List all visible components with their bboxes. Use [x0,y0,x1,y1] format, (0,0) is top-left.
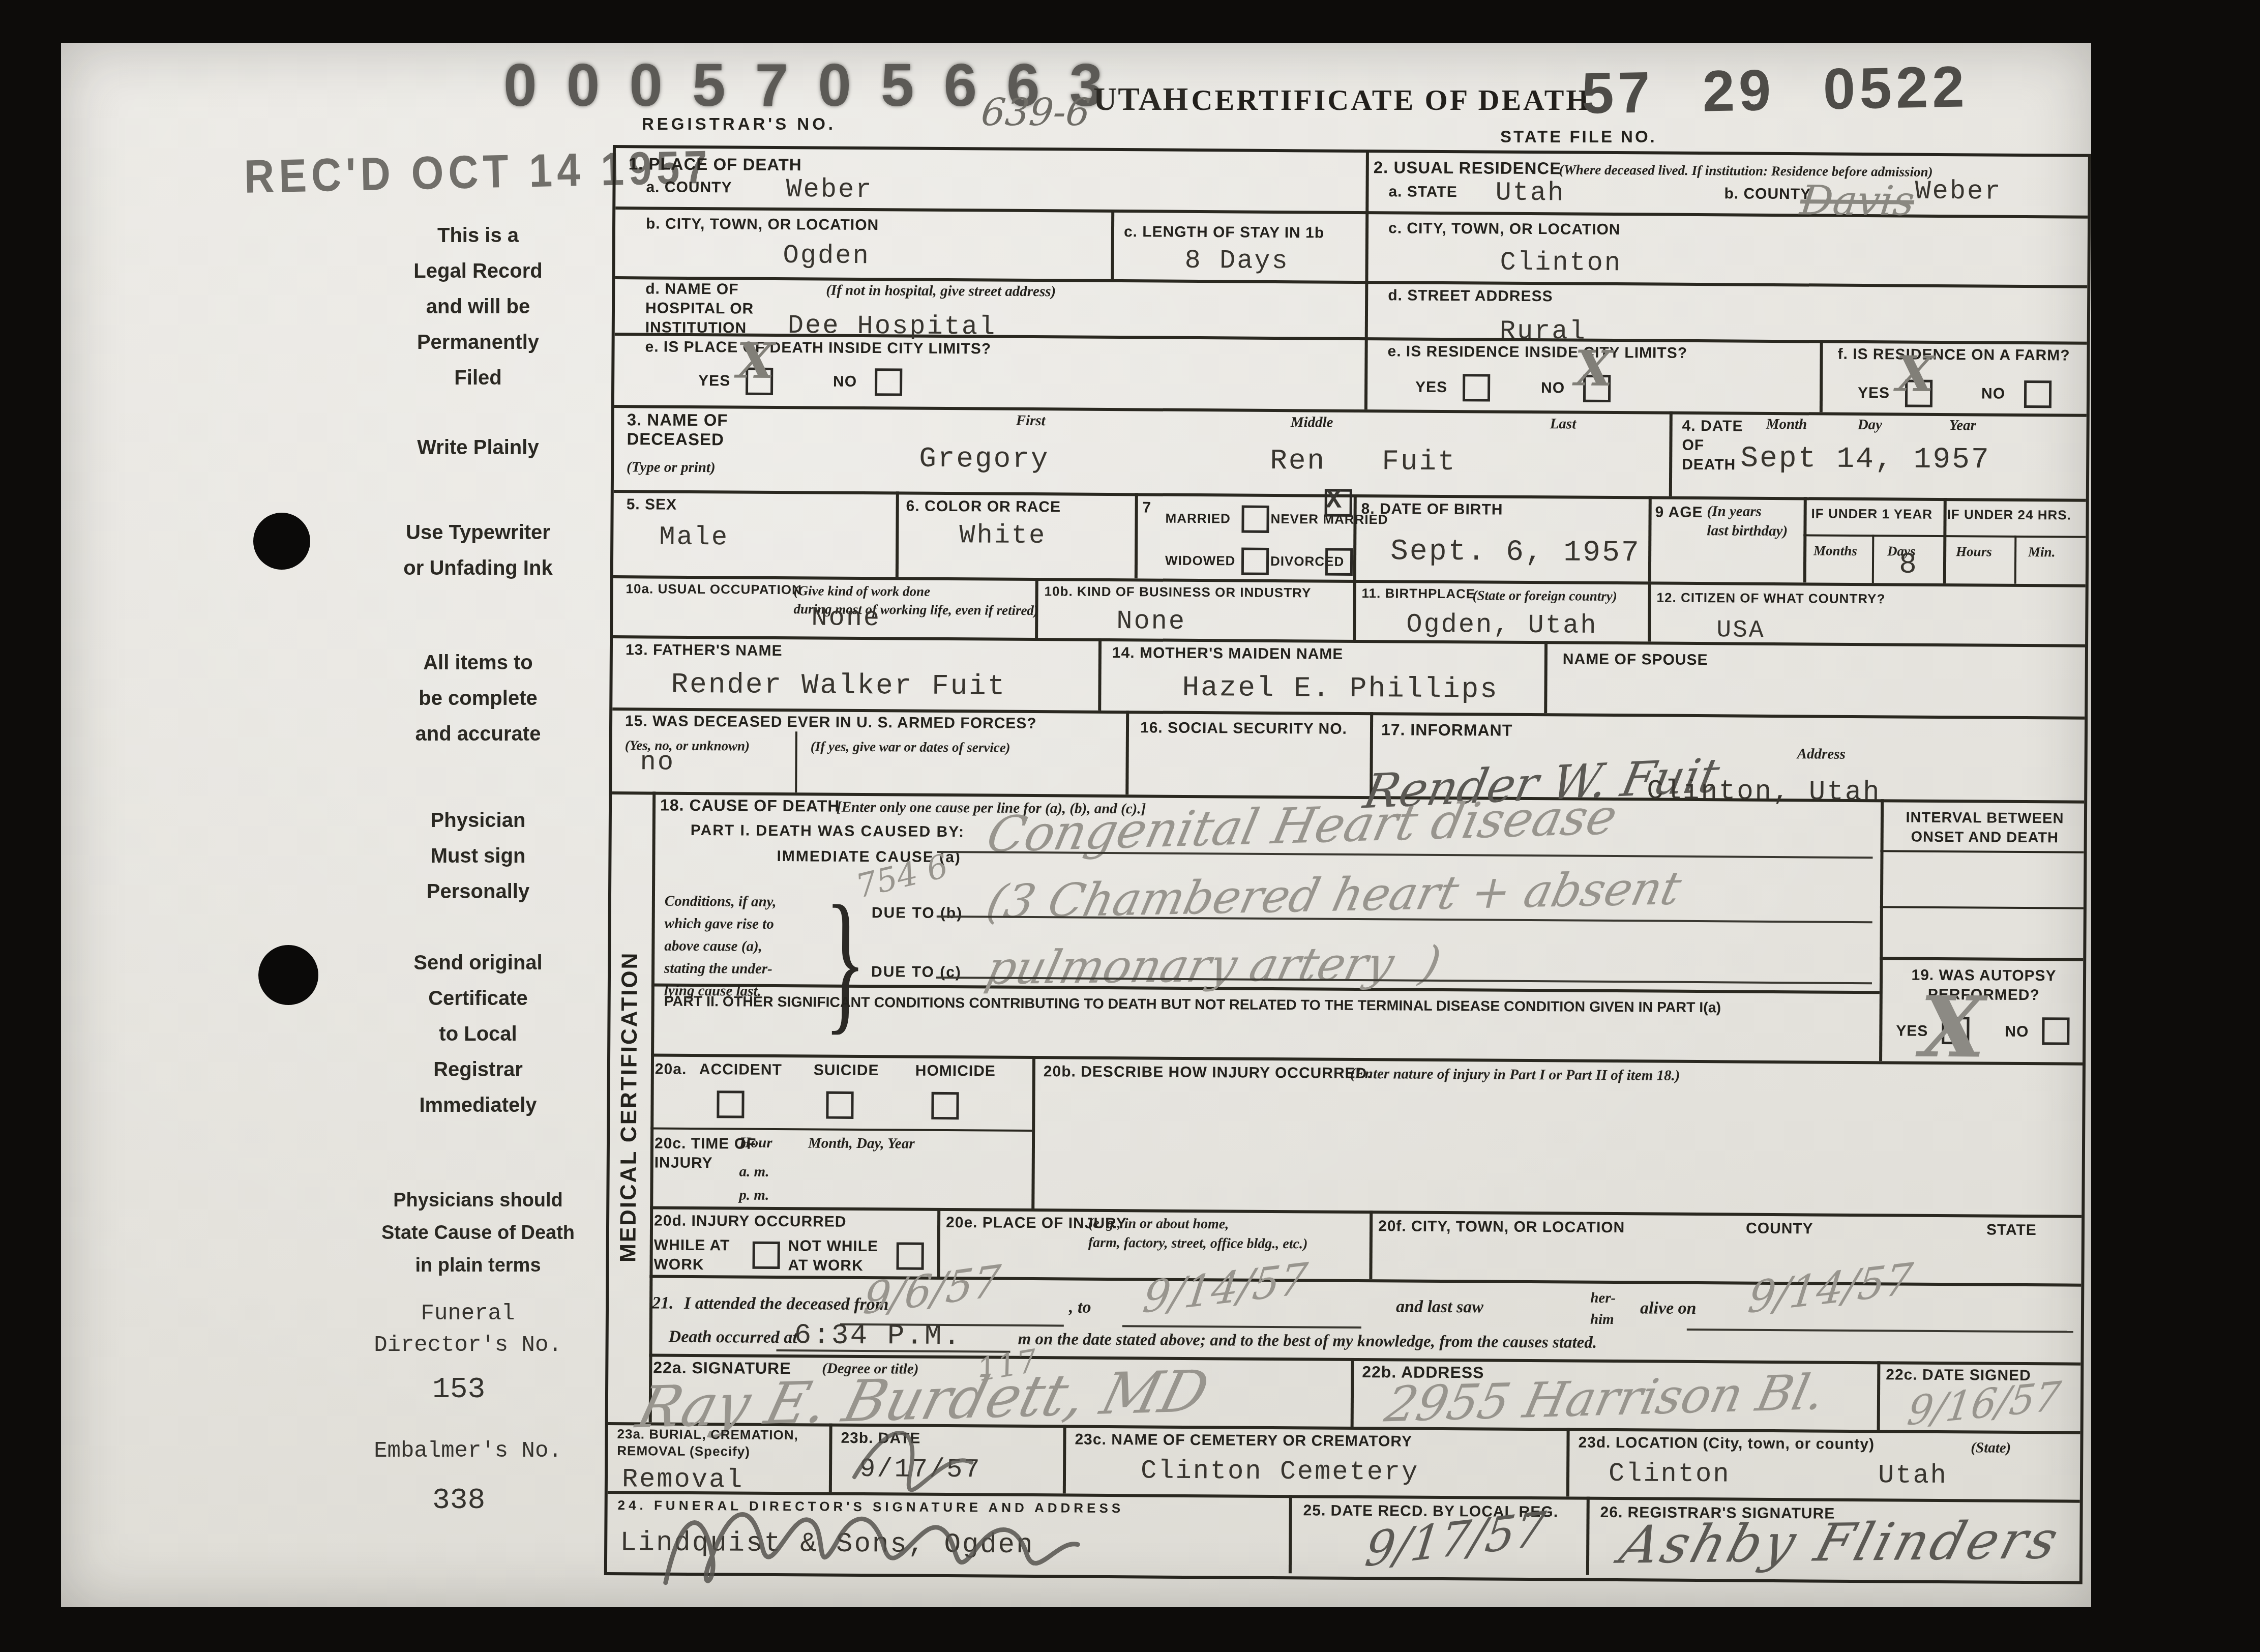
page-title: UTAH CERTIFICATE OF DEATH [1093,80,1591,118]
part2-label: PART II. OTHER SIGNIFICANT CONDITIONS CO… [664,992,1721,1018]
accident-item-number: 20a. [655,1060,687,1079]
type-or-print-note: (Type or print) [627,457,716,477]
place-of-injury-note: (e. g., in or about home, farm, factory,… [1088,1214,1308,1254]
death-city-limits-yes-label: YES [698,371,730,391]
widowed-label: WIDOWED [1165,552,1236,570]
residence-farm-yes-mark: X [1896,345,1934,402]
due-to-b-label: DUE TO (b) [872,903,963,923]
hole-punch-top [253,513,310,570]
embalmer-no-label: Embalmer's No. [325,1438,610,1464]
months-label: Months [1813,541,1857,560]
due-to-c-label: DUE TO (c) [871,962,962,982]
attended-to-line [1122,1325,1361,1329]
married-checkbox [1241,506,1269,533]
armed-forces-label: 15. WAS DECEASED EVER IN U. S. ARMED FOR… [625,712,1037,733]
cause-of-death-title: 18. CAUSE OF DEATH [660,795,840,816]
birthplace-note: (State or foreign country) [1473,585,1617,606]
citizen-label: 12. CITIZEN OF WHAT COUNTRY? [1657,589,1886,608]
county-label: a. COUNTY [646,178,732,197]
city-label: b. CITY, TOWN, OR LOCATION [646,214,879,235]
marital-item-number: 7 [1143,498,1152,517]
never-married-mark: X [1326,486,1342,516]
residence-city-limits-label: e. IS RESIDENCE INSIDE CITY LIMITS? [1387,342,1687,363]
informant-label: 17. INFORMANT [1381,720,1513,740]
margin-note-physician-sign: Physician Must sign Personally [336,803,620,909]
minutes-label: Min. [2028,542,2056,562]
death-time-value: 6:34 P.M. [794,1319,962,1352]
last-name-value: Fuit [1382,445,1456,478]
armed-forces-note2: (If yes, give war or dates of service) [811,736,1010,757]
last-alive-date: 9/14/57 [1745,1253,1916,1323]
funeral-director-no-value: 153 [432,1373,485,1406]
age-label: 9 AGE [1655,503,1703,523]
suicide-label: SUICIDE [814,1060,879,1080]
residence-farm-no-checkbox [2024,380,2051,408]
describe-injury-note: (Enter nature of injury in Part I or Par… [1350,1064,1680,1085]
state-file-number-stamp: 57 29 0522 [1581,53,1969,127]
injury-county-label: COUNTY [1746,1219,1813,1239]
residence-city-label: c. CITY, TOWN, OR LOCATION [1388,219,1621,240]
residence-county-label: b. COUNTY [1724,184,1811,204]
spouse-name-label: NAME OF SPOUSE [1563,650,1708,670]
residence-farm-label: f. IS RESIDENCE ON A FARM? [1837,345,2070,366]
medical-certification-label: MEDICAL CERTIFICATION [616,951,643,1262]
mother-name-label: 14. MOTHER'S MAIDEN NAME [1112,643,1344,664]
part1-label: PART I. DEATH WAS CAUSED BY: [691,821,965,842]
divorced-checkbox [1325,548,1353,576]
attended-from-date: 9/6/57 [861,1255,1003,1324]
attended-to-date: 9/14/57 [1140,1253,1311,1323]
margin-note-send-original: Send original Certificate to Local Regis… [336,945,620,1123]
cemetery-city-value: Clinton [1609,1459,1731,1489]
hospital-note: (If not in hospital, give street address… [826,281,1056,302]
autopsy-no-checkbox [2042,1017,2069,1045]
color-race-value: White [959,520,1046,551]
residence-farm-yes-label: YES [1858,383,1890,403]
death-occurred-text: Death occurred at [669,1327,797,1348]
margin-note-plain-terms: Physicians should State Cause of Death i… [336,1184,620,1282]
father-name-label: 13. FATHER'S NAME [626,640,783,661]
name-of-deceased-title: 3. NAME OF DECEASED [627,410,728,449]
middle-name-value: Ren [1270,445,1326,478]
occupation-label: 10a. USUAL OCCUPATION [626,580,802,598]
death-city-limits-no-checkbox [875,368,902,396]
street-address-label: d. STREET ADDRESS [1388,286,1553,306]
color-race-label: 6. COLOR OR RACE [906,497,1061,517]
medical-certification-sideband: MEDICAL CERTIFICATION [602,791,657,1423]
homicide-checkbox [931,1092,959,1119]
registrar-no-value: 639-6 [979,91,1092,134]
occupation-value: None [811,603,881,633]
informant-address-label: Address [1797,744,1846,764]
residence-city-limits-no-mark: X [1574,340,1613,397]
not-while-at-work-label: NOT WHILE AT WORK [788,1236,878,1276]
business-value: None [1116,606,1186,637]
accident-label: ACCIDENT [699,1060,782,1080]
residence-city-limits-yes-label: YES [1415,378,1447,397]
birthplace-value: Ogden, Utah [1406,610,1598,641]
length-of-stay-value: 8 Days [1184,246,1289,276]
scanned-death-certificate: 0005705663 REGISTRAR'S NO. 639-6 UTAH CE… [0,0,2260,1652]
month-day-year-label: Month, Day, Year [808,1133,915,1153]
death-city-limits-label: e. IS PLACE OF DEATH INSIDE CITY LIMITS? [645,337,991,359]
suicide-checkbox [826,1091,853,1119]
residence-county-handwritten: Davis [1798,176,1917,224]
hospital-label: d. NAME OF HOSPITAL OR INSTITUTION [645,279,754,338]
last-alive-line [1687,1329,2073,1333]
while-at-work-label: WHILE AT WORK [653,1236,730,1275]
first-name-value: Gregory [919,442,1050,476]
month-label: Month [1766,415,1807,434]
widowed-checkbox [1241,548,1269,575]
mother-name-value: Hazel E. Phillips [1182,671,1499,706]
age-days-value: 8 [1899,548,1918,581]
margin-note-use-typewriter: Use Typewriter or Unfading Ink [336,515,620,586]
citizen-value: USA [1716,616,1765,644]
certificate-form: MEDICAL CERTIFICATION 1. PLACE OF DEATH … [604,145,2091,1584]
injury-city-label: 20f. CITY, TOWN, OR LOCATION [1378,1217,1625,1237]
while-at-work-checkbox [753,1242,780,1269]
armed-forces-value: no [640,747,675,777]
describe-injury-label: 20b. DESCRIBE HOW INJURY OCCURRED. [1044,1062,1372,1083]
accident-checkbox [717,1090,744,1118]
residence-farm-no-label: NO [1981,384,2005,403]
margin-note-legal-record: This is a Legal Record and will be Perma… [336,218,620,396]
under-1-year-label: IF UNDER 1 YEAR [1811,505,1933,522]
injury-occurred-label: 20d. INJURY OCCURRED [654,1212,847,1232]
residence-city-limits-no-label: NO [1541,378,1565,398]
place-of-death-title: 1. PLACE OF DEATH [629,154,802,174]
hour-label: Hour [739,1133,772,1153]
usual-residence-title: 2. USUAL RESIDENCE [1374,158,1562,178]
date-of-birth-value: Sept. 6, 1957 [1390,535,1641,570]
autopsy-yes-mark: X [1920,978,1985,1077]
residence-city-value: Clinton [1500,248,1622,278]
residence-county-value: Weber [1915,176,2002,207]
page-title-main: CERTIFICATE OF DEATH [1192,83,1591,116]
cause-c-handwritten: pulmonary artery ) [981,936,1446,995]
informant-residence-value: Clinton, Utah [1647,776,1881,808]
county-value: Weber [786,174,873,205]
cemetery-state-note: (State) [1971,1438,2011,1457]
under-24-hrs-label: IF UNDER 24 HRS. [1947,506,2071,523]
age-note: (In years last birthday) [1707,501,1788,541]
registrar-no-label: REGISTRAR'S NO. [642,114,836,134]
interval-onset-death-label: INTERVAL BETWEEN ONSET AND DEATH [1898,808,2071,847]
embalmer-no-value: 338 [432,1484,485,1517]
death-occurred-text-2: m on the date stated above; and to the b… [1018,1330,1597,1352]
cemetery-state-value: Utah [1878,1460,1948,1491]
length-of-stay-label: c. LENGTH OF STAY IN 1b [1124,222,1324,243]
am-label: a. m. [739,1162,769,1182]
margin-note-all-items: All items to be complete and accurate [336,645,620,752]
page-title-prefix: UTAH [1093,81,1189,117]
hole-punch-bottom [258,945,318,1005]
residence-city-limits-yes-checkbox [1463,374,1490,401]
last-name-label: Last [1550,414,1577,433]
birthplace-label: 11. BIRTHPLACE [1362,585,1476,602]
residence-state-value: Utah [1495,178,1565,209]
hospital-value: Dee Hospital [788,311,997,342]
attended-text-4: alive on [1640,1299,1697,1318]
funeral-director-signature-scribble [635,1384,1222,1601]
conditions-note: Conditions, if any, which gave rise to a… [664,890,777,1002]
attended-text-1: I attended the deceased from [684,1294,888,1314]
autopsy-no-label: NO [2005,1022,2029,1042]
him-label: him [1590,1310,1614,1329]
business-label: 10b. KIND OF BUSINESS OR INDUSTRY [1045,583,1312,601]
registrar-signature-value: Ashby Flinders [1614,1510,2067,1576]
injury-state-label: STATE [1986,1221,2037,1241]
first-name-label: First [1016,411,1046,430]
date-of-death-label: 4. DATE OF DEATH [1682,417,1743,475]
middle-name-label: Middle [1291,412,1333,432]
day-label: Day [1858,415,1883,434]
residence-state-label: a. STATE [1388,182,1457,202]
conditions-brace: } [824,871,867,1052]
sex-value: Male [659,522,729,553]
margin-note-write-plainly: Write Plainly [336,430,620,465]
her-label: her- [1590,1288,1616,1308]
father-name-value: Render Walker Fuit [671,668,1006,703]
sex-label: 5. SEX [627,495,677,515]
attended-text-3: and last saw [1396,1297,1483,1317]
date-of-birth-label: 8. DATE OF BIRTH [1361,499,1503,520]
state-file-label: STATE FILE NO. [1500,127,1657,146]
funeral-director-no-label: Funeral Director's No. [325,1298,610,1361]
ssn-label: 16. SOCIAL SECURITY NO. [1140,718,1347,739]
pm-label: p. m. [739,1186,769,1205]
attended-item-number: 21. [652,1294,674,1313]
death-city-limits-no-label: NO [833,372,857,392]
city-value: Ogden [783,241,870,271]
death-city-limits-yes-mark: X [736,332,775,389]
homicide-label: HOMICIDE [915,1061,996,1081]
year-label: Year [1949,416,1976,435]
hours-label: Hours [1956,542,1992,561]
street-address-value: Rural [1500,316,1587,347]
cemetery-location-label: 23d. LOCATION (City, town, or county) [1578,1433,1875,1455]
attended-text-2: , to [1069,1298,1091,1317]
date-of-death-value: Sept 14, 1957 [1740,442,1990,477]
married-label: MARRIED [1165,510,1231,527]
